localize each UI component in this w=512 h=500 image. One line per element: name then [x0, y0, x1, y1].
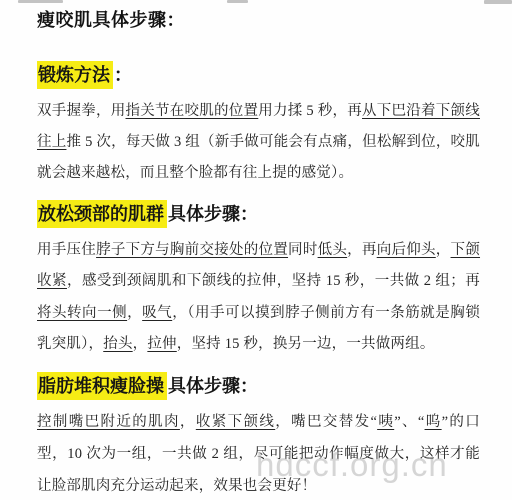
paragraph-line: 往上推 5 次，每天做 3 组（新手做可能会有点痛，但松解到位，咬肌	[37, 133, 480, 151]
paragraph-line: 双手握拳，用指关节在咬肌的位置用力揉 5 秒，再从下巴沿着下颌线	[37, 102, 480, 120]
page-title: 瘦咬肌具体步骤：	[37, 6, 185, 32]
underlined-text: 抬头	[103, 336, 132, 352]
text-run: ，	[127, 305, 142, 321]
text-run: ，感受到颈阔肌和下颌线的拉伸，坚持 15 秒，一共做 2 组；再	[67, 273, 480, 289]
text-run: 就会越来越松，而且整个脸都有往上提的感觉）。	[37, 165, 353, 181]
document-page: 瘦咬肌具体步骤： 锻炼方法： 双手握拳，用指关节在咬肌的位置用力揉 5 秒，再从…	[0, 0, 512, 500]
paragraph-line: 将头转向一侧，吸气，（用手可以摸到脖子侧前方有一条筋就是胸锁	[37, 304, 480, 322]
section-heading-relax-neck-muscles: 放松颈部的肌群具体步骤：	[37, 200, 258, 228]
text-run: ”、“	[394, 414, 424, 430]
paragraph-line: 收紧，感受到颈阔肌和下颌线的拉伸，坚持 15 秒，一共做 2 组；再	[37, 272, 480, 290]
text-run: 用力揉 5 秒，再	[258, 103, 362, 119]
underlined-text: 收紧下颌线	[196, 414, 275, 430]
page-edge-artifact	[484, 0, 512, 4]
text-run: ，（用手可以摸到脖子侧前方有一条筋就是胸锁	[172, 305, 480, 321]
paragraph-line: 控制嘴巴附近的肌肉，收紧下颌线，嘴巴交替发“咦”、“呜”的口	[37, 413, 480, 431]
section-heading-exercise-method: 锻炼方法：	[37, 61, 132, 89]
underlined-text: 吸气	[142, 305, 172, 321]
heading-rest: ：	[113, 65, 132, 85]
text-run: ，	[133, 336, 148, 352]
underlined-text: 脖子下方与胸前交接处的位置	[96, 242, 288, 258]
paragraph-line: 就会越来越松，而且整个脸都有往上提的感觉）。	[37, 164, 480, 182]
text-run: 用手压住	[37, 242, 96, 258]
heading-highlight: 放松颈部的肌群	[37, 200, 167, 228]
text-run: ，嘴巴交替发“	[275, 414, 377, 430]
underlined-text: 下颌	[451, 242, 480, 258]
underlined-text: 咦	[377, 414, 394, 430]
underlined-text: 低头	[318, 242, 348, 258]
underlined-text: 将头转向一侧	[37, 305, 127, 321]
watermark: hdccf.org.cn	[256, 446, 448, 484]
underlined-text: 从下巴沿着下颌线	[362, 103, 480, 119]
paragraph-line: 乳突肌），抬头，拉伸，坚持 15 秒，换另一边，一共做两组。	[37, 335, 480, 353]
text-run: ，	[180, 414, 196, 430]
heading-rest: 具体步骤：	[167, 204, 258, 224]
text-run: 乳突肌），	[37, 336, 103, 352]
heading-rest: 具体步骤：	[167, 376, 258, 396]
underlined-text: 控制嘴巴附近的肌肉	[37, 414, 180, 430]
text-run: 双手握拳，用	[37, 103, 126, 119]
underlined-text: 呜	[425, 414, 442, 430]
heading-highlight: 脂肪堆积瘦脸操	[37, 372, 167, 400]
underlined-text: 收紧	[37, 273, 67, 289]
text-run: ，坚持 15 秒，换另一边，一共做两组。	[177, 336, 435, 352]
page-edge-artifact	[18, 0, 63, 3]
heading-highlight: 锻炼方法	[37, 61, 113, 89]
text-run: 同时	[288, 242, 318, 258]
underlined-text: 往上	[37, 134, 66, 150]
text-run: ，再	[347, 242, 377, 258]
section-heading-fat-reduction-face-exercise: 脂肪堆积瘦脸操具体步骤：	[37, 372, 258, 400]
underlined-text: 指关节在咬肌的位置	[126, 103, 259, 119]
paragraph-line: 用手压住脖子下方与胸前交接处的位置同时低头，再向后仰头，下颌	[37, 241, 480, 259]
text-run: ”的口	[442, 414, 480, 430]
text-run: ，	[436, 242, 451, 258]
page-edge-artifact	[227, 0, 248, 3]
text-run: 推 5 次，每天做 3 组（新手做可能会有点痛，但松解到位，咬肌	[66, 134, 480, 150]
underlined-text: 向后仰头	[377, 242, 436, 258]
underlined-text: 拉伸	[147, 336, 176, 352]
